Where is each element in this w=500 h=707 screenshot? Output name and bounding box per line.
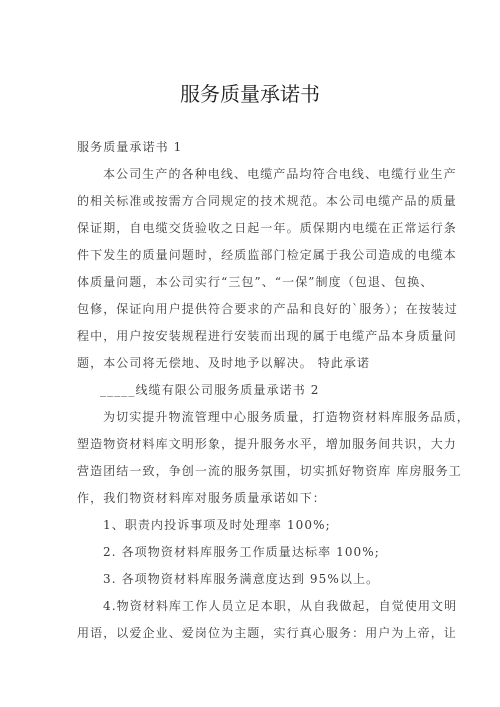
paragraph-line: 程中，用户按安装规程进行安装而出现的属于电缆产品本身质量问	[77, 327, 457, 344]
paragraph-line: 保证期，自电缆交货验收之日起一年。质保期内电缆在正常运行条	[77, 219, 457, 236]
paragraph-line: 营造团结一致，争创一流的服务氛围，切实抓好物资库 库房服务工	[77, 462, 462, 479]
paragraph-line: 件下发生的质量问题时，经质监部门检定属于我公司造成的电缆本	[77, 246, 457, 263]
list-item: 4.物资材料库工作人员立足本职，从自我做起，自觉使用文明	[103, 597, 457, 614]
document-title: 服务质量承诺书	[0, 78, 500, 107]
list-item: 3. 各项物资材料库服务满意度达到 95%以上。	[103, 570, 379, 587]
paragraph-line: 包修，保证向用户提供符合要求的产品和良好的`服务）；在按装过	[77, 300, 458, 317]
list-item: 2. 各项物资材料库服务工作质量达标率 100%;	[103, 543, 380, 560]
document-page: 服务质量承诺书 服务质量承诺书 1 本公司生产的各种电线、电缆产品均符合电线、电…	[0, 0, 500, 707]
section-2-heading: _____线缆有限公司服务质量承诺书 2	[100, 381, 319, 398]
paragraph-line: 的相关标准或按需方合同规定的技术规范。本公司电缆产品的质量	[77, 192, 457, 209]
paragraph-line: 体质量问题，本公司实行“三包”、“一保”制度（包退、包换、	[77, 273, 433, 290]
paragraph-line: 为切实提升物流管理中心服务质量，打造物资材料库服务品质，	[103, 408, 470, 425]
paragraph-line: 本公司生产的各种电线、电缆产品均符合电线、电缆行业生产	[103, 165, 457, 182]
paragraph-line: 用语，以爱企业、爱岗位为主题，实行真心服务：用户为上帝，让	[77, 624, 457, 641]
paragraph-line: 作，我们物资材料库对服务质量承诺如下：	[77, 489, 326, 506]
section-1-heading: 服务质量承诺书 1	[77, 138, 182, 155]
paragraph-line: 题，本公司将无偿地、及时地予以解决。 特此承诺	[77, 354, 370, 371]
list-item: 1、职责内投诉事项及时处理率 100%;	[103, 516, 331, 533]
paragraph-line: 塑造物资材料库文明形象，提升服务水平，增加服务间共识，大力	[77, 435, 457, 452]
